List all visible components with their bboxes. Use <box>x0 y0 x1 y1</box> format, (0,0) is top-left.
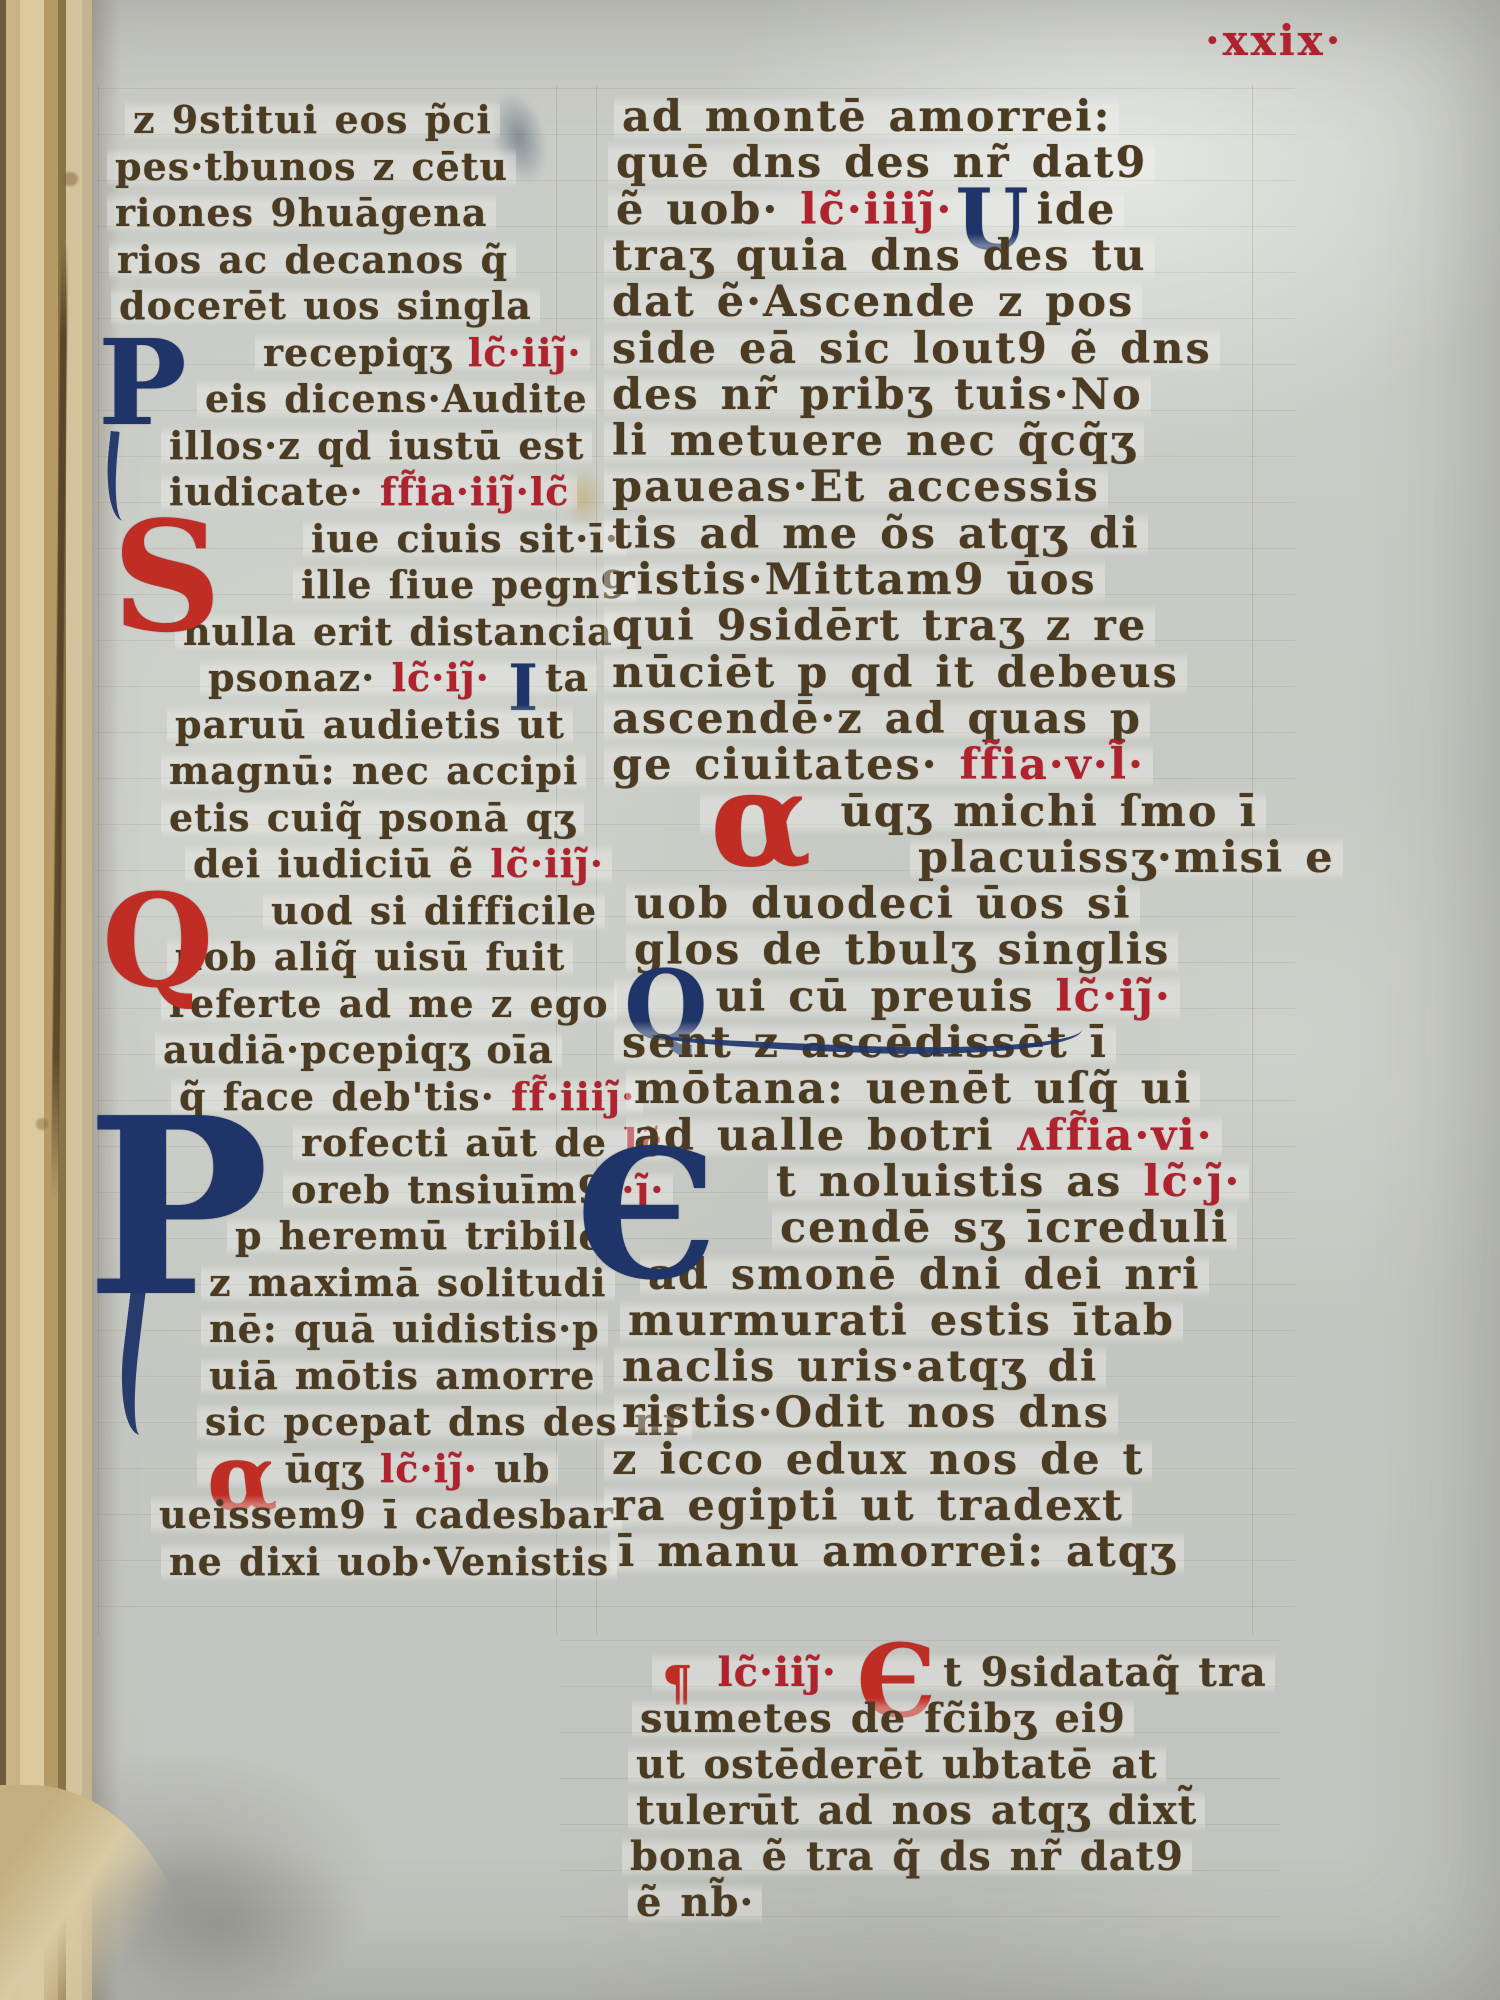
inline-initial: α <box>710 742 814 897</box>
body-text: nūciēt p qd it debeus <box>612 648 1179 698</box>
text-line: uod si difficile <box>263 891 605 931</box>
body-text: ristis·Mittam9 ūos <box>612 555 1097 605</box>
text-line: αūqʒ lc̃·ij̃· ub <box>197 1449 558 1489</box>
text-line: tulerūt ad nos atqʒ dixt̃ <box>628 1790 1205 1832</box>
body-text: side eā sic lout9 ẽ dns <box>612 324 1212 374</box>
text-line: ad montē amorrei: <box>614 95 1119 141</box>
rubric-text: lc̃·j̃· <box>1143 1157 1241 1207</box>
body-text: ūqʒ michi ſmo ī <box>820 787 1258 837</box>
rubric-text: lc̃·iij̃· <box>490 841 604 886</box>
body-text: quē dns des nr̃ dat9 <box>616 138 1147 188</box>
body-text: t 9sidataq̃ tra <box>943 1649 1267 1696</box>
text-line: z icco edux nos de t <box>604 1438 1152 1484</box>
body-text: naclis uris·atqʒ di <box>622 1342 1098 1392</box>
body-text: cendē sʒ īcreduli <box>780 1203 1229 1253</box>
drop-cap-Q: Q <box>102 891 214 993</box>
text-line: ristis·Mittam9 ūos <box>604 558 1105 604</box>
text-line: nulla erit distancia <box>175 612 621 652</box>
text-line: mōtana: uenēt uſq̃ ui <box>626 1067 1200 1113</box>
body-text: illos·z qd iustū est <box>169 423 584 468</box>
rubric-text: lc̃·ij̃· <box>1055 972 1171 1022</box>
text-line: magnū: nec accipi <box>161 751 586 791</box>
text-line: ascendē·z ad quas p <box>604 697 1150 743</box>
body-text: traʒ quia dns des tu <box>612 231 1147 281</box>
body-text: paueas·Et accessis <box>612 462 1100 512</box>
body-text: ristis·Odit nos dns <box>622 1388 1110 1438</box>
text-line: ¶ lc̃·iij̃· Єt 9sidataq̃ tra <box>652 1652 1275 1694</box>
body-text: pes·tbunos z cētu <box>115 144 508 189</box>
text-line: ueissem9 ī cadesbar <box>151 1495 622 1535</box>
text-line: paueas·Et accessis <box>604 465 1108 511</box>
text-line: tis ad me õs atqʒ di <box>604 512 1148 558</box>
body-text: uob duodeci ūos si <box>634 879 1132 929</box>
text-line: des nr̃ pribʒ tuis·No <box>604 373 1151 419</box>
body-text: ẽ nb̃· <box>636 1879 754 1926</box>
text-line: riones 9huāgena <box>107 193 496 233</box>
body-text: iue ciuis sit·ī· <box>311 516 619 561</box>
body-text: ẽ uob· <box>616 185 800 235</box>
body-text: p heremū tribilē <box>235 1213 604 1258</box>
body-text: sent z ascēdissēt ī <box>622 1018 1108 1068</box>
text-line: dat ẽ·Ascende z pos <box>604 280 1142 326</box>
body-text: ad smonē dni dei nri <box>648 1250 1201 1300</box>
text-line: naclis uris·atqʒ di <box>614 1345 1106 1391</box>
body-text: z 9stitui eos p̃ci <box>133 97 492 142</box>
body-text: ueissem9 ī cadesbar <box>159 1492 614 1537</box>
body-text: uiā mōtis amorre <box>209 1353 595 1398</box>
body-text: dat ẽ·Ascende z pos <box>612 277 1134 327</box>
drop-cap-E: Є <box>576 1144 718 1286</box>
body-text: tis ad me õs atqʒ di <box>612 509 1140 559</box>
text-line: psonaz· lc̃·ij̃· Ita <box>200 658 597 698</box>
body-text: tulerūt ad nos atqʒ dixt̃ <box>636 1787 1197 1834</box>
text-line: traʒ quia dns des tu <box>604 234 1155 280</box>
body-text: referte ad me z ego <box>169 981 609 1026</box>
body-text: ut ostēderēt ubtatē at <box>636 1741 1158 1788</box>
body-text: paruū audietis ut <box>175 702 565 747</box>
rubric-text: ff̃ia·iij̃·lc̃ <box>380 469 569 514</box>
body-text: z icco edux nos de t <box>612 1435 1144 1485</box>
text-line: quē dns des nr̃ dat9 <box>608 141 1155 187</box>
body-text: glos de tbulʒ singlis <box>634 925 1170 975</box>
text-line: α ūqʒ michi ſmo ī <box>700 790 1266 836</box>
text-line: ẽ uob· lc̃·iiij̃·Uide <box>608 188 1124 234</box>
text-line: uiā mōtis amorre <box>201 1356 603 1396</box>
text-line: z 9stitui eos p̃ci <box>125 100 500 140</box>
body-text: li metuere nec q̃cq̃ʒ <box>612 416 1136 466</box>
body-text: sumetes de fc̃ibʒ ei9 <box>640 1695 1126 1742</box>
body-text: t noluistis as <box>776 1157 1143 1207</box>
text-line: side eā sic lout9 ẽ dns <box>604 327 1220 373</box>
text-line: iudicate· ff̃ia·iij̃·lc̃ <box>161 472 577 512</box>
body-text: ne dixi uob·Venistis <box>169 1539 609 1584</box>
body-text: ascendē·z ad quas p <box>612 694 1142 744</box>
text-line: Qui cū preuis lc̃·ij̃· <box>614 975 1180 1021</box>
text-line: ristis·Odit nos dns <box>614 1391 1118 1437</box>
rubric-text: lc̃·ij̃· <box>380 1446 494 1491</box>
body-text: des nr̃ pribʒ tuis·No <box>612 370 1143 420</box>
rubric-text: ff̃ia·v·l̃· <box>960 740 1145 790</box>
body-text: uod si difficile <box>271 888 597 933</box>
text-line: paruū audietis ut <box>167 705 573 745</box>
text-line: ī manu amorrei: atqʒ <box>610 1530 1184 1576</box>
body-text: ra egipti ut tradext <box>612 1481 1124 1531</box>
body-text: placuissʒ·misi e <box>918 833 1335 883</box>
text-line: dei iudiciū ẽ lc̃·iij̃· <box>185 844 612 884</box>
body-text: dei iudiciū ẽ <box>193 841 490 886</box>
text-line: ge ciuitates· ff̃ia·v·l̃· <box>604 743 1153 789</box>
rubric-text: lc̃·iij̃· <box>468 330 582 375</box>
text-line: ne dixi uob·Venistis <box>161 1542 617 1582</box>
rubric-text: lc̃·iij̃· <box>700 1649 855 1696</box>
body-text: riones 9huāgena <box>115 190 488 235</box>
text-line: li metuere nec q̃cq̃ʒ <box>604 419 1144 465</box>
text-line: etis cuiq̃ psonā qʒ <box>161 798 584 838</box>
text-line: uob duodeci ūos si <box>626 882 1140 928</box>
body-text: qui 9sidērt traʒ z re <box>612 601 1147 651</box>
text-line: qui 9sidērt traʒ z re <box>604 604 1155 650</box>
text-line: sent z ascēdissēt ī <box>614 1021 1116 1067</box>
text-line: ra egipti ut tradext <box>604 1484 1132 1530</box>
text-line: sumetes de fc̃ibʒ ei9 <box>632 1698 1134 1740</box>
drop-cap-P: P <box>98 336 187 430</box>
text-line: rios ac decanos q̃ <box>109 240 516 280</box>
text-line: ut ostēderēt ubtatē at <box>628 1744 1166 1786</box>
body-text: magnū: nec accipi <box>169 748 578 793</box>
text-line: nūciēt p qd it debeus <box>604 651 1187 697</box>
body-text: ī manu amorrei: atqʒ <box>618 1527 1176 1577</box>
text-line: referte ad me z ego <box>161 984 617 1024</box>
text-line: ad smonē dni dei nri <box>640 1253 1209 1299</box>
body-text: ad montē amorrei: <box>622 92 1111 142</box>
body-text: rios ac decanos q̃ <box>117 237 508 282</box>
drop-cap-S: S <box>112 516 222 638</box>
text-line: cendē sʒ īcreduli <box>772 1206 1237 1252</box>
body-text: ūqʒ <box>285 1446 380 1491</box>
text-line: p heremū tribilē <box>227 1216 612 1256</box>
body-text: uob aliq̃ uisū fuit <box>175 934 565 979</box>
text-line: eis dicens·Audite <box>197 379 596 419</box>
body-text: recepiqʒ <box>263 330 468 375</box>
body-text: ille ſiue pegn9 <box>301 562 628 607</box>
body-text: psonaz· <box>208 655 392 700</box>
body-text: ide <box>1037 185 1117 235</box>
rubric-text: ʌff̃ia·vi· <box>1016 1111 1214 1161</box>
text-layer: z 9stitui eos p̃cipes·tbunos z cēturione… <box>0 0 1500 2000</box>
manuscript-page: ·xxix· z 9stitui eos p̃cipes·tbunos z cē… <box>0 0 1500 2000</box>
body-text: eis dicens·Audite <box>205 376 588 421</box>
body-text: bona ẽ tra q̃ ds nr̃ dat9 <box>630 1833 1184 1880</box>
drop-cap-P: P <box>86 1110 269 1305</box>
body-text: ui cū preuis <box>716 972 1056 1022</box>
body-text: mōtana: uenēt uſq̃ ui <box>634 1064 1192 1114</box>
body-text: rofecti aūt de <box>301 1120 623 1165</box>
text-line: t noluistis as lc̃·j̃· <box>768 1160 1249 1206</box>
text-line: recepiqʒ lc̃·iij̃· <box>255 333 590 373</box>
text-line: iue ciuis sit·ī· <box>303 519 627 559</box>
text-line: ille ſiue pegn9 <box>293 565 636 605</box>
body-text: etis cuiq̃ psonā qʒ <box>169 795 576 840</box>
body-text: ta <box>545 655 589 700</box>
body-text: ub <box>494 1446 550 1491</box>
text-line: pes·tbunos z cētu <box>107 147 516 187</box>
rubric-text: lc̃·iiij̃· <box>800 185 953 235</box>
text-line: bona ẽ tra q̃ ds nr̃ dat9 <box>622 1836 1192 1878</box>
text-line: uob aliq̃ uisū fuit <box>167 937 573 977</box>
text-line: placuissʒ·misi e <box>910 836 1343 882</box>
body-text: oreb tnsiuīm9 <box>291 1167 621 1212</box>
text-line: ẽ nb̃· <box>628 1882 762 1924</box>
rubric-text: lc̃·ij̃· <box>392 655 506 700</box>
body-text: nulla erit distancia <box>183 609 613 654</box>
text-line: illos·z qd iustū est <box>161 426 592 466</box>
